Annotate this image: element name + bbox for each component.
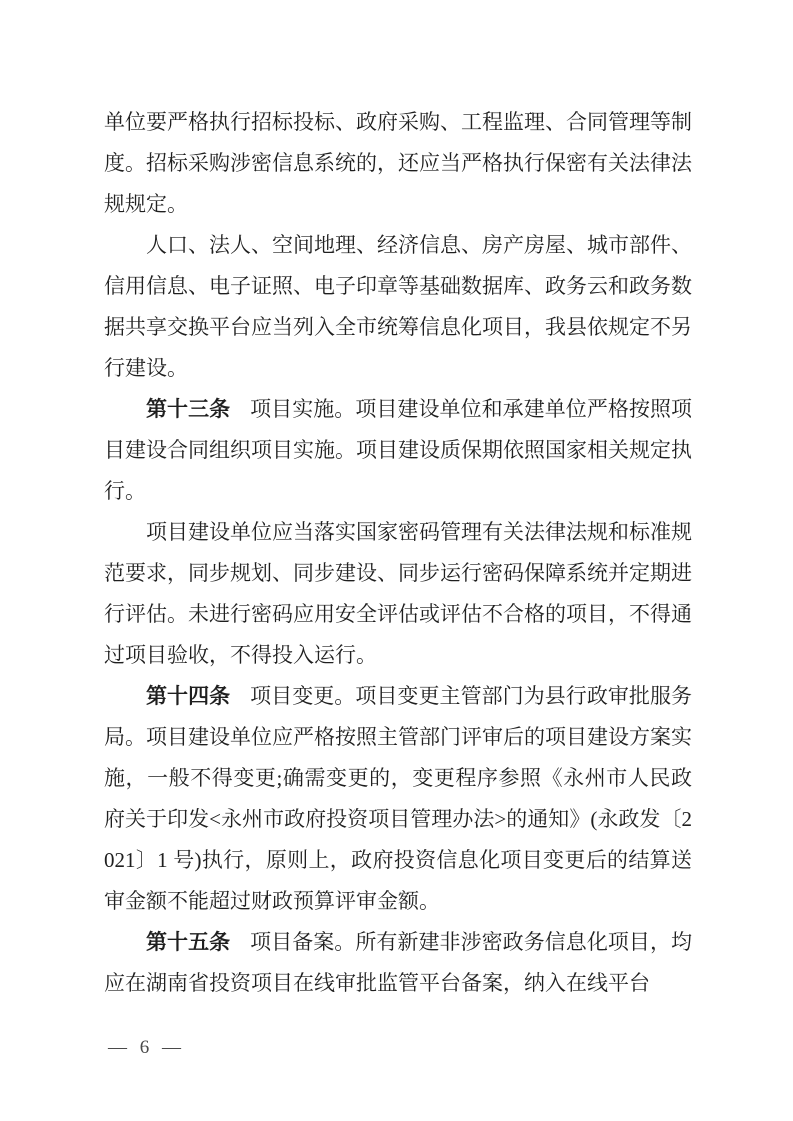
- paragraph-text: 项目建设单位应当落实国家密码管理有关法律法规和标准规范要求，同步规划、同步建设、…: [104, 520, 692, 667]
- document-body: 单位要严格执行招标投标、政府采购、工程监理、合同管理等制度。招标采购涉密信息系统…: [104, 102, 692, 1004]
- paragraph-article-15: 第十五条项目备案。所有新建非涉密政务信息化项目，均应在湖南省投资项目在线审批监管…: [104, 922, 692, 1004]
- paragraph-continuation: 单位要严格执行招标投标、政府采购、工程监理、合同管理等制度。招标采购涉密信息系统…: [104, 102, 692, 225]
- article-13-label: 第十三条: [146, 397, 230, 421]
- paragraph-text: 人口、法人、空间地理、经济信息、房产房屋、城市部件、信用信息、电子证照、电子印章…: [104, 233, 692, 380]
- paragraph-databases: 人口、法人、空间地理、经济信息、房产房屋、城市部件、信用信息、电子证照、电子印章…: [104, 225, 692, 389]
- article-14-label: 第十四条: [146, 684, 230, 708]
- paragraph-crypto-requirements: 项目建设单位应当落实国家密码管理有关法律法规和标准规范要求，同步规划、同步建设、…: [104, 512, 692, 676]
- document-page: 单位要严格执行招标投标、政府采购、工程监理、合同管理等制度。招标采购涉密信息系统…: [0, 0, 793, 1121]
- paragraph-text: 项目变更。项目变更主管部门为县行政审批服务局。项目建设单位应严格按照主管部门评审…: [104, 684, 692, 913]
- page-number: — 6 —: [108, 1036, 185, 1060]
- paragraph-text: 单位要严格执行招标投标、政府采购、工程监理、合同管理等制度。招标采购涉密信息系统…: [104, 110, 692, 216]
- article-15-label: 第十五条: [146, 930, 230, 954]
- paragraph-article-14: 第十四条项目变更。项目变更主管部门为县行政审批服务局。项目建设单位应严格按照主管…: [104, 676, 692, 922]
- paragraph-article-13: 第十三条项目实施。项目建设单位和承建单位严格按照项目建设合同组织项目实施。项目建…: [104, 389, 692, 512]
